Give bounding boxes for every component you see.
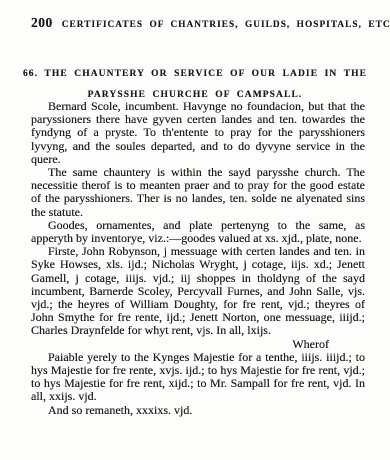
- subheading-wherof: Wherof: [31, 338, 365, 351]
- page-number: 200: [31, 15, 53, 31]
- running-title: CERTIFICATES OF CHANTRIES, GUILDS, HOSPI…: [62, 20, 390, 30]
- book-page: 200 CERTIFICATES OF CHANTRIES, GUILDS, H…: [0, 0, 390, 460]
- paragraph-payments: Paiable yerely to the Kynges Majestie fo…: [31, 351, 365, 404]
- entry-body: Bernard Scole, incumbent. Havynge no fou…: [31, 100, 365, 417]
- paragraph-rents: Firste, John Robynson, j messuage with c…: [31, 245, 365, 337]
- paragraph-incumbent: Bernard Scole, incumbent. Havynge no fou…: [31, 100, 365, 166]
- paragraph-remaneth: And so remaneth, xxxixs. vjd.: [31, 404, 365, 417]
- running-header: 200 CERTIFICATES OF CHANTRIES, GUILDS, H…: [31, 15, 365, 31]
- section-heading-line1: 66. THE CHAUNTERY OR SERVICE OF OUR LADI…: [18, 64, 372, 85]
- paragraph-chauntery: The same chauntery is within the sayd pa…: [31, 166, 365, 219]
- paragraph-goodes: Goodes, ornamentes, and plate pertenyng …: [31, 219, 365, 245]
